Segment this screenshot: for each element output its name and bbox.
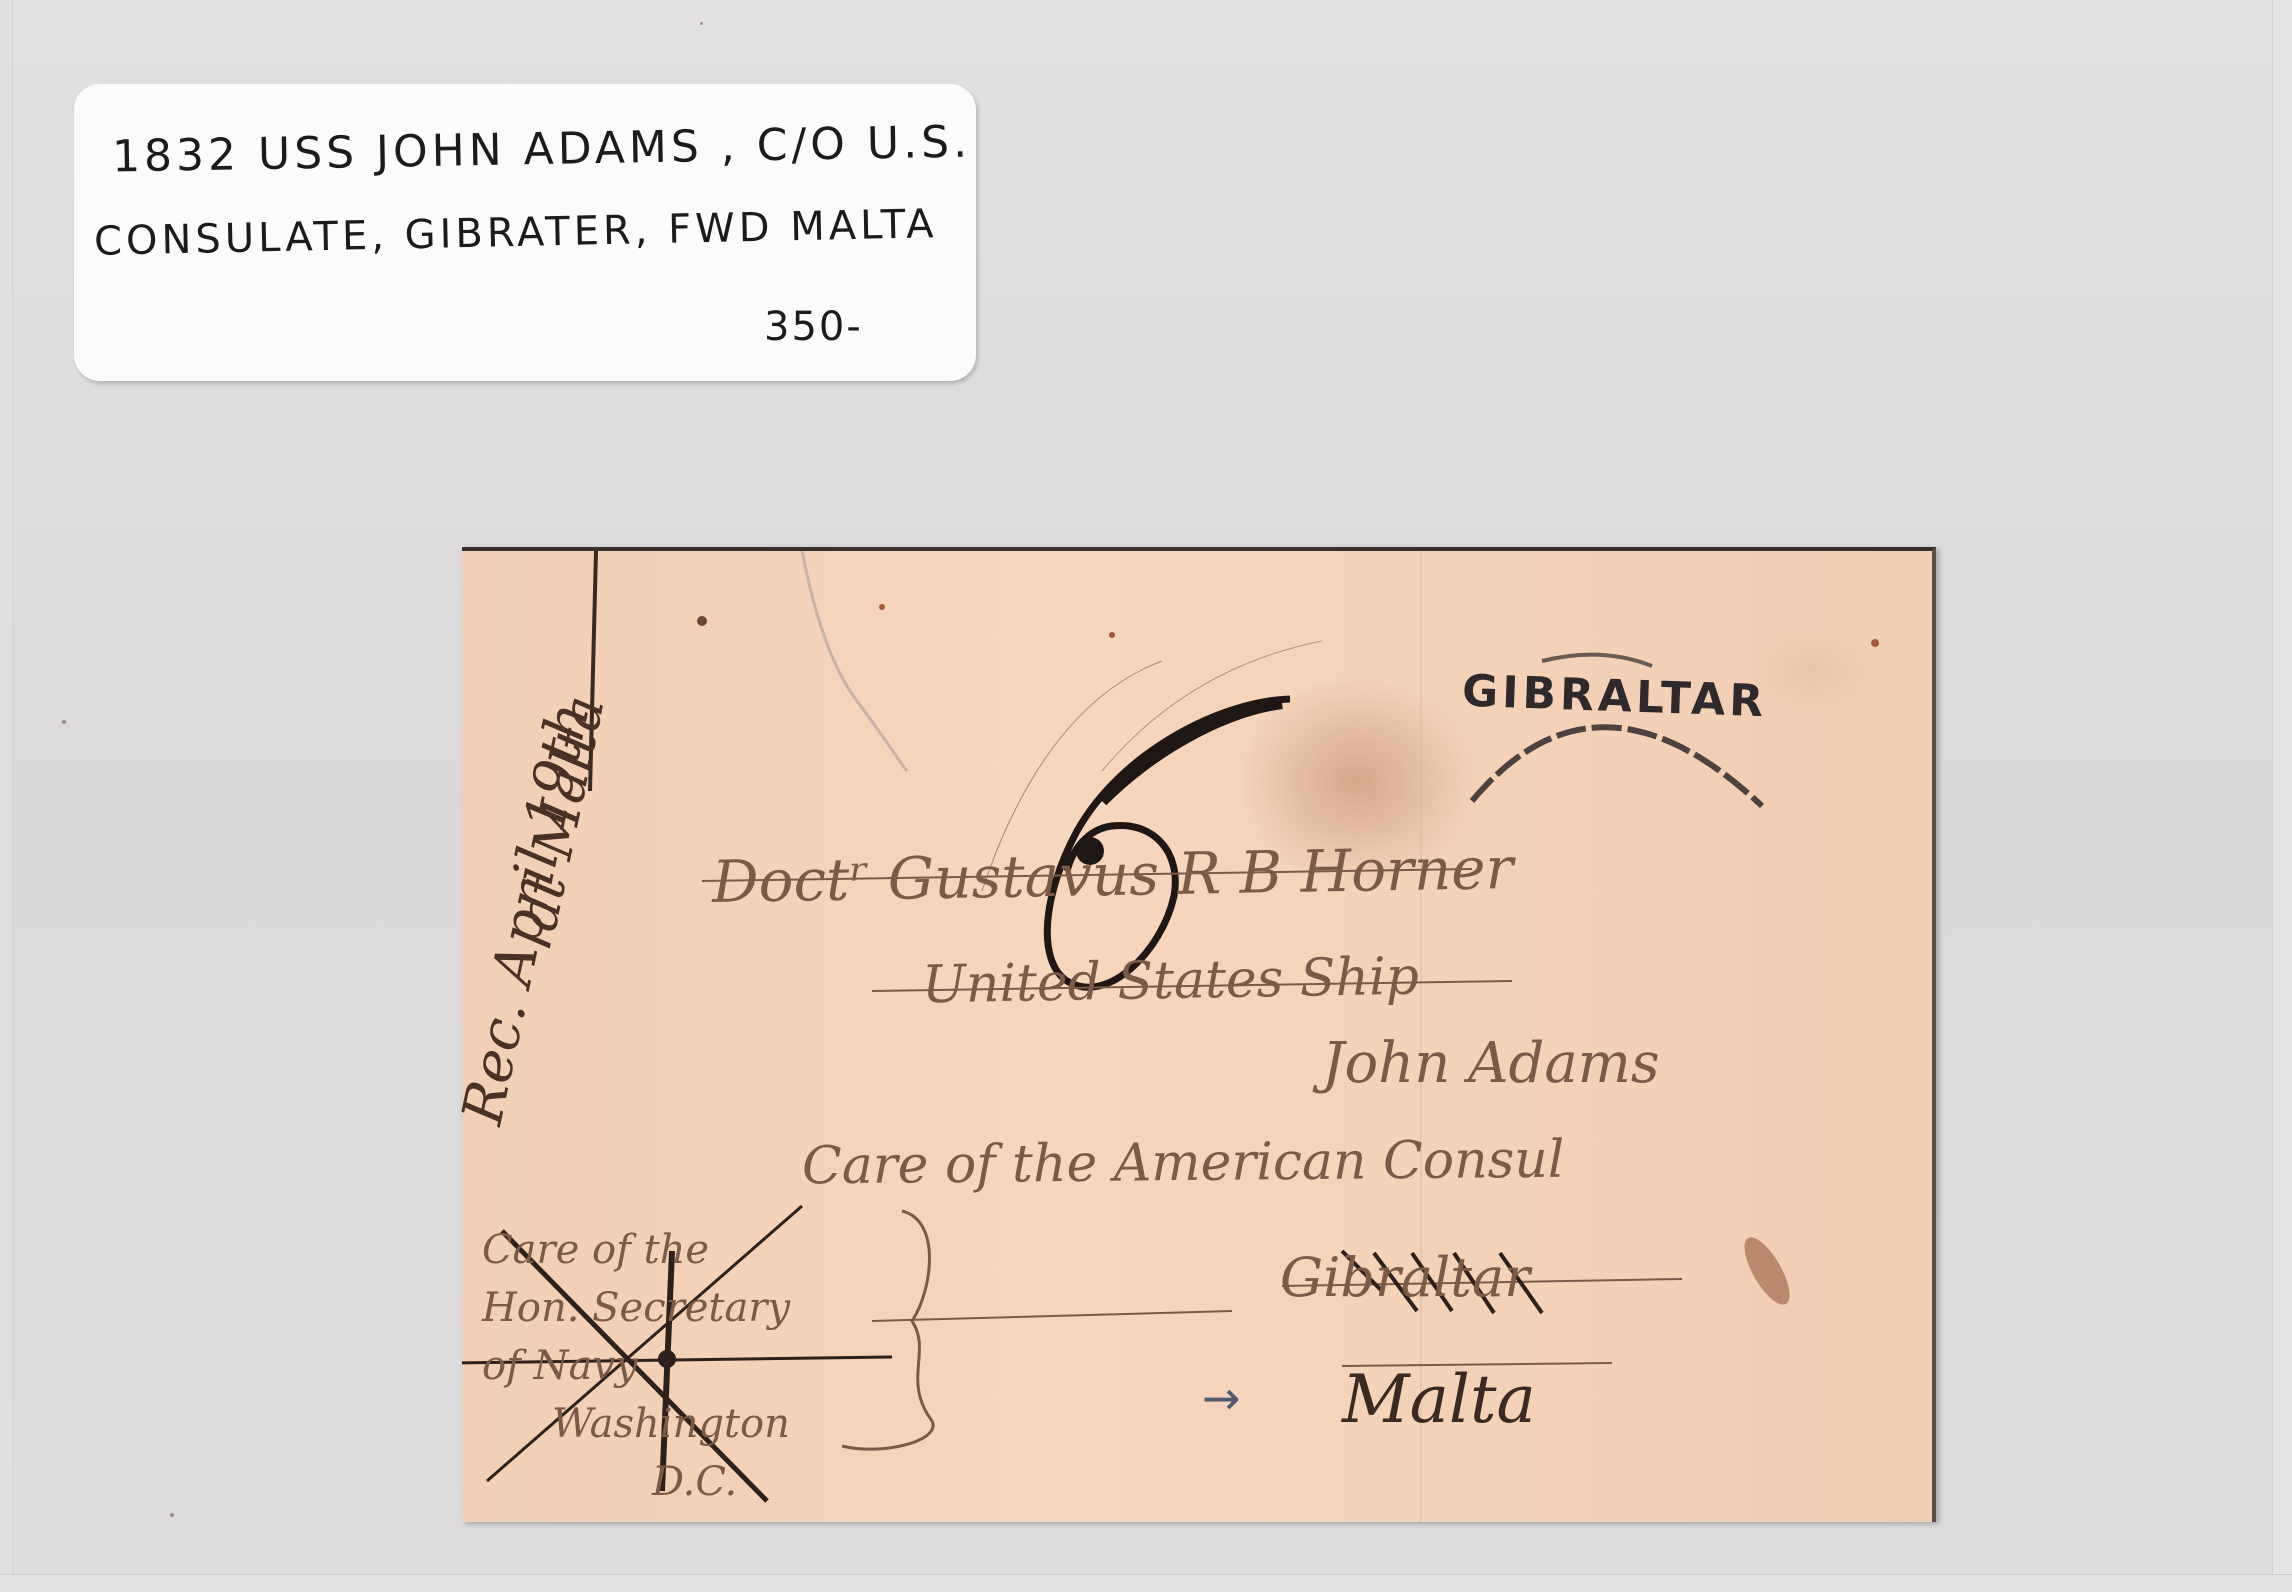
- address-addressee: Doctʳ Gustavus R B Horner: [711, 834, 1513, 916]
- label-description: CONSULATE, GIBRATER, FWD MALTA: [94, 201, 938, 265]
- gibraltar-postmark: GIBRALTAR: [1461, 666, 1768, 728]
- forwarding-arrow-icon: →: [1202, 1371, 1241, 1425]
- address-forwarded-malta: Malta: [1342, 1361, 1536, 1438]
- sleeve-edge-bottom: [0, 1574, 2292, 1592]
- stampless-cover: GIBRALTAR Doctʳ Gustavus R B Horner Unit…: [462, 547, 1936, 1522]
- care-of-navy-line: D.C.: [482, 1453, 922, 1511]
- address-care-of-consul: Care of the American Consul: [802, 1130, 1565, 1197]
- dust-speck: [170, 1513, 174, 1517]
- paper-tear: [802, 551, 907, 771]
- sleeve-edge-right: [2272, 0, 2292, 1592]
- label-title: 1832 USS JOHN ADAMS , C/O U.S.: [112, 117, 972, 183]
- address-ship-name: John Adams: [1322, 1031, 1660, 1096]
- care-of-navy-block: Care of the Hon. Secretary of Navy Washi…: [482, 1221, 922, 1511]
- dust-speck: [700, 22, 703, 25]
- label-price: 350-: [764, 304, 863, 350]
- care-of-navy-line: of Navy: [482, 1337, 922, 1395]
- sleeve-edge-left: [0, 0, 13, 1592]
- address-ship-line: United States Ship: [922, 947, 1420, 1016]
- dealer-label-card: 1832 USS JOHN ADAMS , C/O U.S. CONSULATE…: [74, 84, 976, 381]
- address-crossed-gibraltar: Gibraltar: [1280, 1246, 1530, 1309]
- care-of-navy-line: Washington: [482, 1395, 922, 1453]
- care-of-navy-line: Hon. Secretary: [482, 1279, 922, 1337]
- dust-speck: [62, 720, 66, 724]
- care-of-navy-line: Care of the: [482, 1221, 922, 1279]
